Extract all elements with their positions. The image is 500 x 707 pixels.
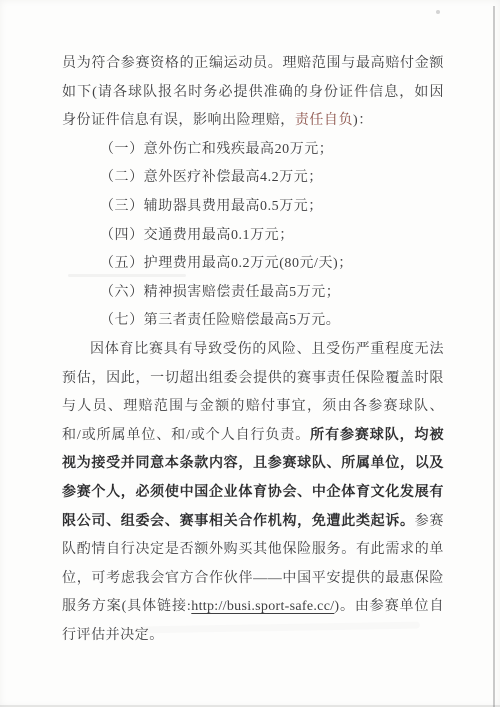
document-body: 员为符合参赛资格的正编运动员。理赔范围与最高赔付金额如下(请各球队报名时务必提供… xyxy=(62,50,444,650)
list-item: （五）护理费用最高0.2万元(80元/天)； xyxy=(62,250,444,279)
intro-paragraph: 员为符合参赛资格的正编运动员。理赔范围与最高赔付金额如下(请各球队报名时务必提供… xyxy=(62,50,444,136)
list-item: （三）辅助器具费用最高0.5万元； xyxy=(62,193,444,222)
claim-items-list: （一）意外伤亡和残疾最高20万元； （二）意外医疗补偿最高4.2万元； （三）辅… xyxy=(62,136,444,336)
liability-highlight-text: 责任自负 xyxy=(295,113,353,128)
list-item: （一）意外伤亡和残疾最高20万元； xyxy=(62,136,444,165)
insurance-partner-link[interactable]: http://busi.sport-safe.cc/ xyxy=(191,599,334,614)
scanned-document-page: 员为符合参赛资格的正编运动员。理赔范围与最高赔付金额如下(请各球队报名时务必提供… xyxy=(0,0,500,707)
intro-text-before: 员为符合参赛资格的正编运动员。理赔范围与最高赔付金额如下(请各球队报名时务必提供… xyxy=(62,56,444,128)
list-item: （二）意外医疗补偿最高4.2万元； xyxy=(62,164,444,193)
scan-edge-right xyxy=(493,6,495,707)
list-item: （六）精神损害赔偿责任最高5万元； xyxy=(62,279,444,308)
list-item: （七）第三者责任险赔偿最高5万元。 xyxy=(62,307,444,336)
scan-speck xyxy=(436,10,440,14)
intro-text-after: )： xyxy=(353,113,373,128)
list-item: （四）交通费用最高0.1万元； xyxy=(62,222,444,251)
disclaimer-paragraph: 因体育比赛具有导致受伤的风险、且受伤严重程度无法预估，因此，一切超出组委会提供的… xyxy=(62,336,444,651)
